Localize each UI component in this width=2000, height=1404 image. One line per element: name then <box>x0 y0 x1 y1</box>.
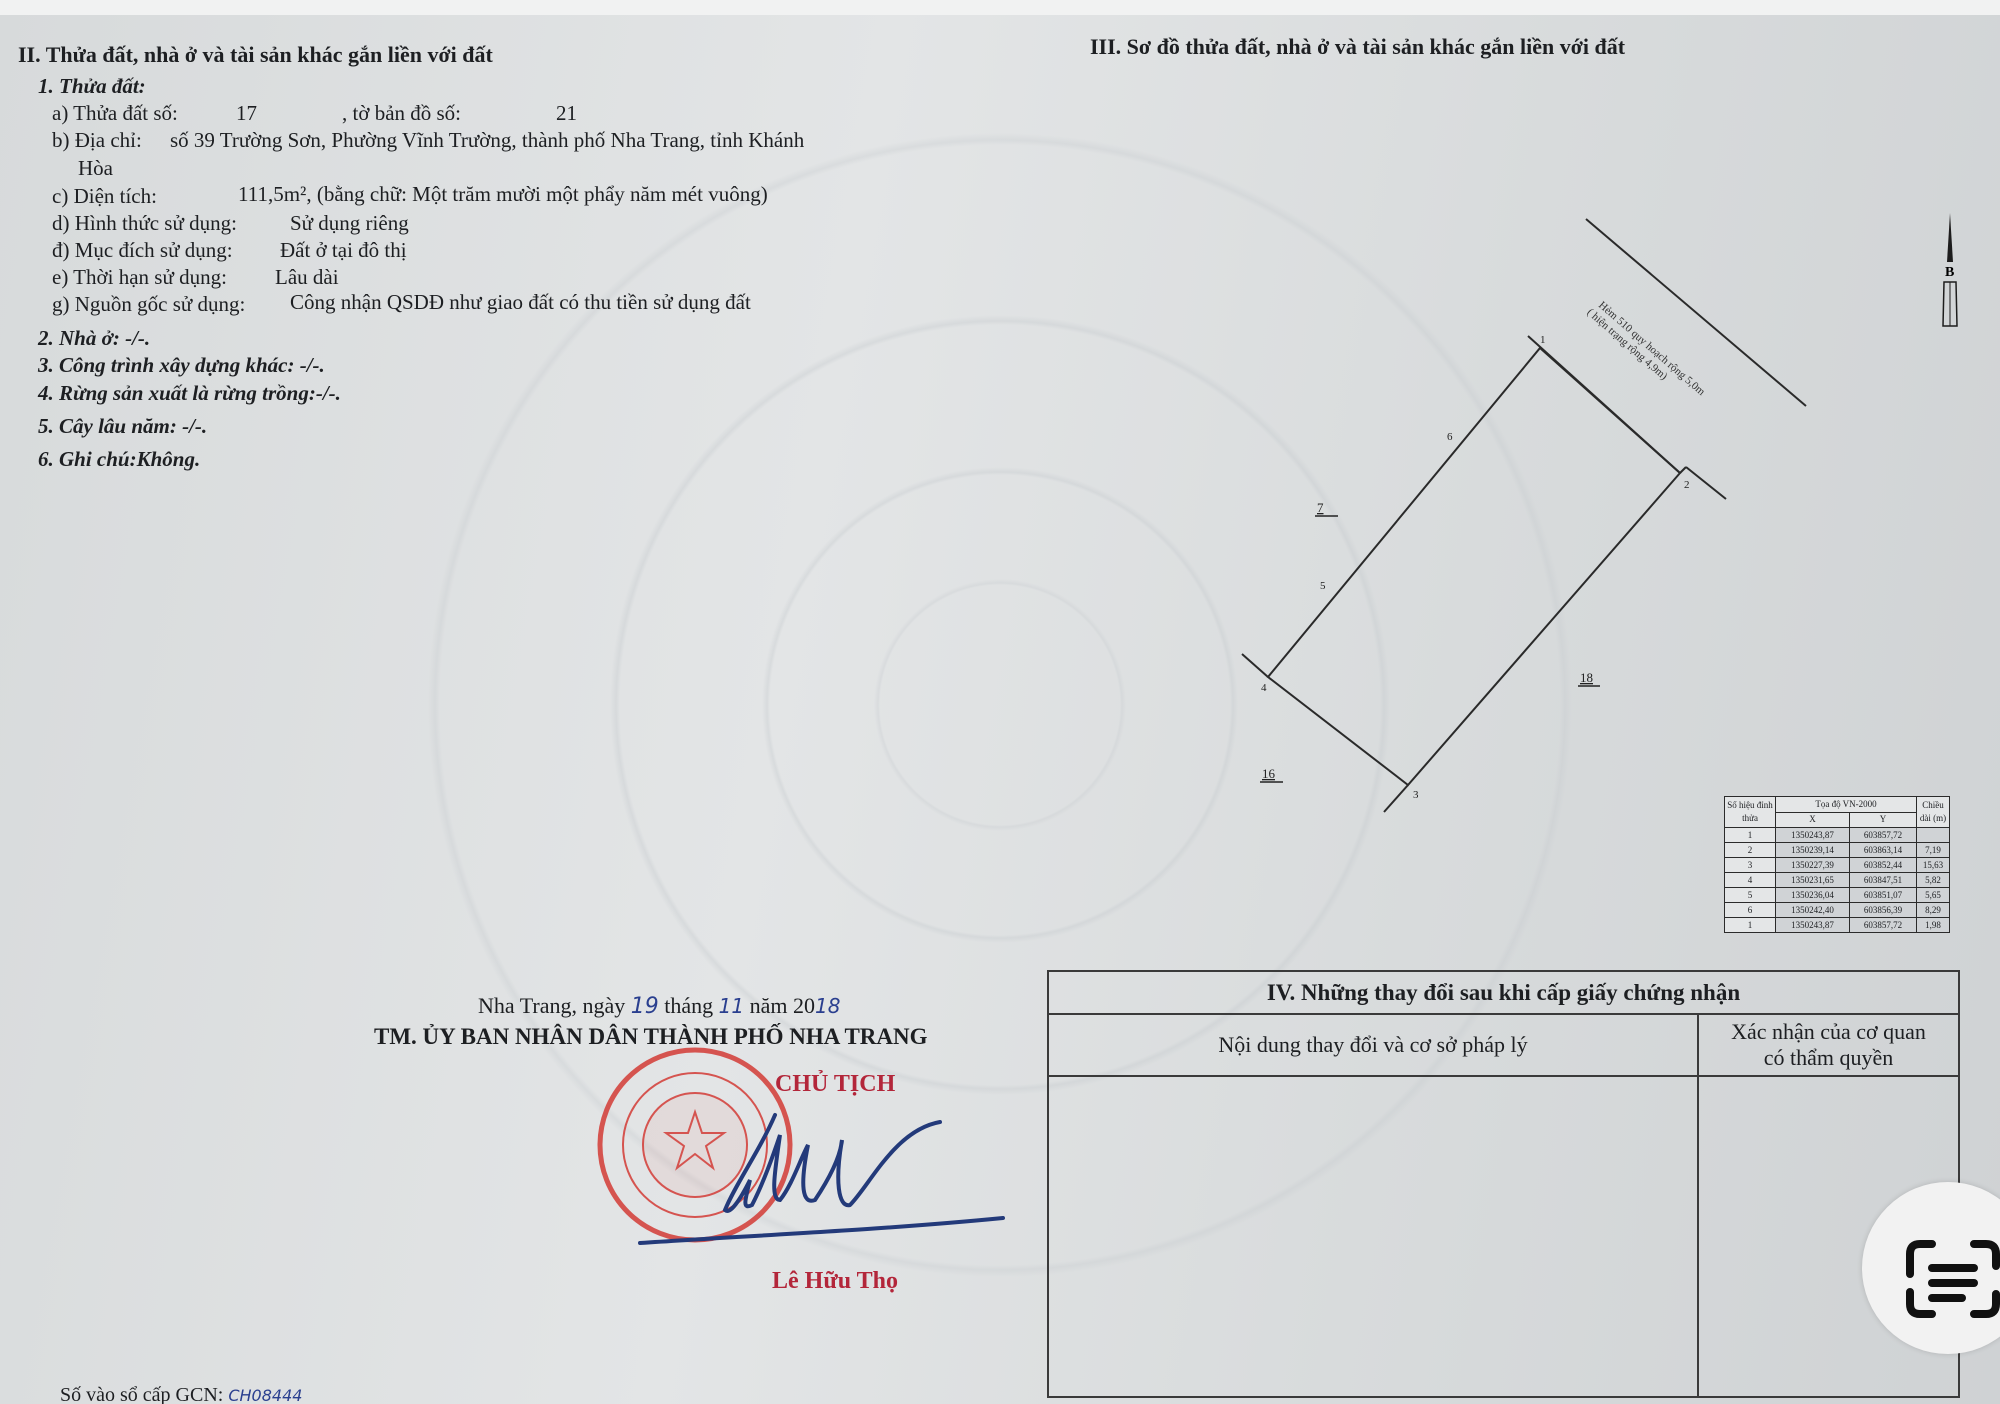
coord-header-y: Y <box>1849 812 1916 828</box>
coord-row: 41350231,65603847,515,82 <box>1725 873 1950 888</box>
section-4-title: IV. Những thay đổi sau khi cấp giấy chứn… <box>1048 971 1959 1014</box>
coordinate-table: Số hiệu đỉnh thửa Tọa độ VN-2000 Chiều d… <box>1724 796 1950 933</box>
issue-day: 19 <box>631 994 659 1019</box>
issuing-authority: TM. ỦY BAN NHÂN DÂN THÀNH PHỐ NHA TRANG <box>374 1024 928 1050</box>
changes-table: IV. Những thay đổi sau khi cấp giấy chứn… <box>1047 970 1960 1398</box>
vertex-label-4: 4 <box>1261 682 1267 694</box>
register-number-value: CH08444 <box>228 1386 302 1404</box>
neighbor-parcel-7: 7 <box>1317 500 1324 515</box>
coord-header-point: Số hiệu đỉnh thửa <box>1725 797 1776 828</box>
street-label-line-1: Hẻm 510 quy hoạch rộng 5,0m <box>1596 299 1708 398</box>
coord-row: 31350227,39603852,4415,63 <box>1725 858 1950 873</box>
issue-date: Nha Trang, ngày 19 tháng 11 năm 2018 <box>478 993 840 1019</box>
signer-position: CHỦ TỊCH <box>775 1071 895 1098</box>
north-label: B <box>1945 265 1954 280</box>
coord-row: 21350239,14603863,147,19 <box>1725 843 1950 858</box>
parcel-boundary <box>1268 348 1680 785</box>
vertex-label-2: 2 <box>1684 479 1690 491</box>
changes-col-confirmation: Xác nhận của cơ quan có thẩm quyền <box>1698 1014 1959 1076</box>
issue-year-suffix: 18 <box>815 994 840 1018</box>
vertex-label-6: 6 <box>1447 431 1453 443</box>
issue-month: 11 <box>719 994 744 1018</box>
vertex-label-3: 3 <box>1413 789 1419 801</box>
neighbor-parcel-18: 18 <box>1580 670 1593 685</box>
text-scan-button[interactable] <box>1862 1182 2000 1354</box>
vertex-label-1: 1 <box>1540 334 1546 346</box>
changes-content-cell <box>1048 1076 1698 1397</box>
text-scan-icon <box>1862 1182 2000 1354</box>
coord-header-length: Chiều dài (m) <box>1917 797 1950 828</box>
changes-col-content: Nội dung thay đổi và cơ sở pháp lý <box>1048 1014 1698 1076</box>
register-number: Số vào sổ cấp GCN: CH08444 <box>60 1384 302 1404</box>
coord-row: 61350242,40603856,398,29 <box>1725 903 1950 918</box>
coord-row: 11350243,87603857,72 <box>1725 828 1950 843</box>
coord-row: 11350243,87603857,721,98 <box>1725 918 1950 933</box>
coord-row: 51350236,04603851,075,65 <box>1725 888 1950 903</box>
coord-header-x: X <box>1776 812 1850 828</box>
coord-header-system: Tọa độ VN-2000 <box>1776 797 1917 813</box>
neighbor-parcel-16: 16 <box>1262 766 1276 781</box>
vertex-label-5: 5 <box>1320 580 1326 592</box>
signer-name: Lê Hữu Thọ <box>772 1268 898 1295</box>
